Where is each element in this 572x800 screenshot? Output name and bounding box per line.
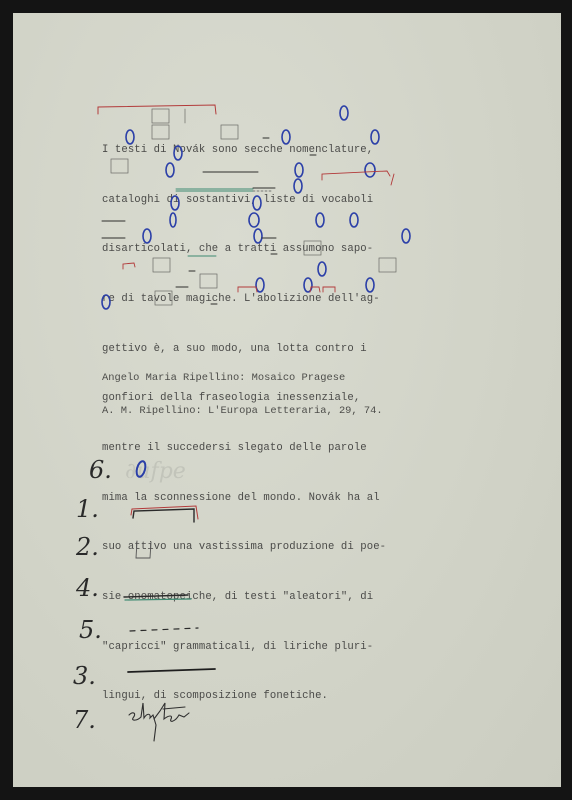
passage-line: "capricci" grammaticali, di liriche plur… <box>102 639 422 656</box>
passage-line: lingui, di scomposizione fonetiche. <box>102 688 422 705</box>
passage-line: re di tavole magiche. L'abolizione dell'… <box>102 291 422 308</box>
legend-number: 5. <box>79 616 102 644</box>
passage-line: mima la sconnessione del mondo. Novák ha… <box>102 490 422 507</box>
passage-line: I testi di Novák sono secche nomenclatur… <box>102 142 422 159</box>
passage-line: suo attivo una vastissima produzione di … <box>102 539 422 556</box>
manuscript-page: I testi di Novák sono secche nomenclatur… <box>13 13 561 787</box>
passage-line: cataloghi di sostantivi, liste di vocabo… <box>102 192 422 209</box>
legend-number: 2. <box>76 533 99 561</box>
typed-passage: I testi di Novák sono secche nomenclatur… <box>102 109 422 738</box>
citation-mosaico-pragese: Angelo Maria Ripellino: Mosaico Pragese <box>102 372 345 384</box>
legend-number: 3. <box>73 662 96 690</box>
passage-line: mentre il succedersi slegato delle parol… <box>102 440 422 457</box>
passage-line: sie onomatopeiche, di testi "aleatori", … <box>102 589 422 606</box>
legend-number: 4. <box>76 574 99 602</box>
legend-number: 7. <box>73 706 96 734</box>
passage-line: disarticolati, che a tratti assumono sap… <box>102 241 422 258</box>
citation-europa-letteraria: A. M. Ripellino: L'Europa Letteraria, 29… <box>102 405 383 417</box>
passage-line: gettivo è, a suo modo, una lotta contro … <box>102 341 422 358</box>
legend-number: 1. <box>76 495 99 523</box>
faded-pencil-word: ∂ufpe <box>125 459 186 484</box>
legend-number: 6. <box>89 456 112 484</box>
